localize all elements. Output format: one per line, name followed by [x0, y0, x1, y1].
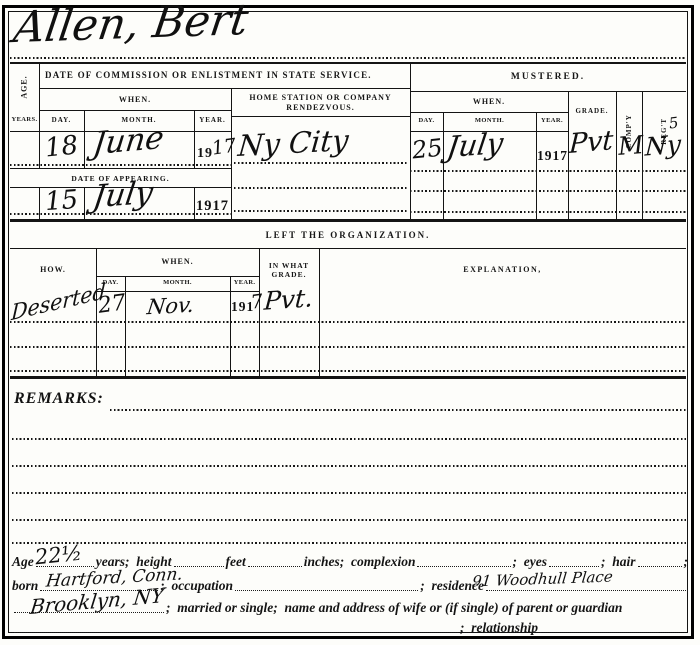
line — [12, 542, 686, 544]
remarks-label: REMARKS: — [14, 390, 104, 408]
handwritten-leftorg-grade: Pvt. — [263, 285, 314, 314]
eyes-label: ; eyes — [513, 554, 547, 570]
handwritten-mustered-month: July — [445, 129, 505, 162]
line — [10, 346, 686, 348]
enlistment-year-label: YEAR. — [194, 110, 231, 131]
line — [234, 187, 407, 189]
line — [96, 248, 97, 377]
handwritten-leftorg-year: 7 — [250, 292, 265, 312]
mustered-day-label: DAY. — [410, 112, 443, 131]
handwritten-age: 22½ — [34, 543, 83, 569]
end-semicolon: ; — [684, 554, 689, 570]
occupation-blank — [235, 590, 418, 591]
leftorg-when-label: WHEN. — [96, 248, 259, 276]
muster-roll-abstract-card: Allen, Bert DATE OF COMMISSION OR ENLIST… — [0, 0, 700, 645]
born-label: born — [12, 578, 38, 594]
handwritten-regiment-number: 5 — [668, 115, 680, 131]
mustered-year-label: YEAR. — [536, 112, 568, 131]
line — [12, 465, 686, 467]
inches-blank — [248, 566, 302, 567]
name-rule-line — [10, 57, 686, 59]
years-label: YEARS. — [10, 110, 39, 131]
relationship-blank — [540, 632, 658, 633]
complexion-blank — [417, 566, 510, 567]
handwritten-mustered-grade: Pvt — [568, 127, 614, 158]
residence-blank — [486, 590, 686, 591]
line — [410, 211, 686, 213]
handwritten-leftorg-day: 27 — [97, 292, 128, 318]
enlistment-day-label: DAY. — [39, 110, 84, 131]
line — [410, 190, 686, 192]
printed-enlist-year: 19 — [197, 146, 213, 162]
home-station-label: HOME STATION OR COMPANY RENDEZVOUS. — [231, 89, 410, 116]
explanation-label: EXPLANATION, — [319, 248, 686, 291]
line — [234, 210, 407, 212]
spacer — [660, 635, 688, 636]
inches-complexion-label: inches; complexion — [304, 554, 416, 570]
handwritten-regiment: Ny — [644, 131, 681, 159]
line — [443, 112, 444, 220]
line — [12, 438, 686, 440]
relationship-label: ; relationship — [460, 620, 538, 636]
handwritten-home-station: Ny City — [237, 126, 350, 161]
line — [10, 219, 686, 222]
line — [536, 112, 537, 220]
handwritten-leftorg-month: Nov. — [146, 295, 196, 319]
line — [125, 276, 126, 377]
line — [410, 170, 686, 172]
line — [10, 370, 686, 372]
printed-mustered-year: 1917 — [537, 148, 568, 164]
leftorg-year-label: YEAR. — [230, 276, 259, 291]
line — [319, 248, 320, 377]
wife-name-blank — [14, 632, 458, 633]
line — [12, 492, 686, 494]
feet-label: feet — [226, 554, 246, 570]
enlistment-when-label: WHEN. — [39, 89, 231, 110]
line — [231, 116, 410, 117]
personal-line-relationship: ; relationship — [12, 618, 688, 636]
age-column-label: AGE. — [10, 64, 39, 110]
line — [12, 519, 686, 521]
enlistment-title: DATE OF COMMISSION OR ENLISTMENT IN STAT… — [39, 64, 410, 88]
line — [230, 276, 231, 377]
eyes-blank — [549, 566, 599, 567]
mustered-when-label: WHEN. — [410, 92, 568, 112]
handwritten-enlist-day: 18 — [44, 132, 80, 161]
handwritten-appearing-day: 15 — [44, 187, 79, 215]
line — [10, 376, 686, 379]
line — [39, 62, 40, 220]
line — [10, 164, 231, 166]
line — [10, 321, 686, 323]
leftorg-month-label: MONTH. — [125, 276, 230, 291]
handwritten-enlist-year: 17 — [211, 136, 238, 158]
handwritten-company: M — [617, 132, 644, 159]
handwritten-soldier-name: Allen, Bert — [11, 0, 251, 50]
age-label: Age — [12, 554, 34, 570]
mustered-title: MUSTERED. — [410, 64, 686, 91]
left-organization-title: LEFT THE ORGANIZATION. — [10, 224, 686, 248]
line — [110, 409, 686, 411]
hair-blank — [638, 566, 682, 567]
line — [616, 91, 617, 220]
handwritten-appearing-month: July — [91, 178, 155, 214]
line — [10, 213, 231, 215]
married-label: ; married or single; name and address of… — [166, 600, 622, 616]
handwritten-enlist-month: June — [91, 123, 165, 161]
line — [234, 162, 407, 164]
handwritten-mustered-day: 25 — [411, 135, 444, 162]
